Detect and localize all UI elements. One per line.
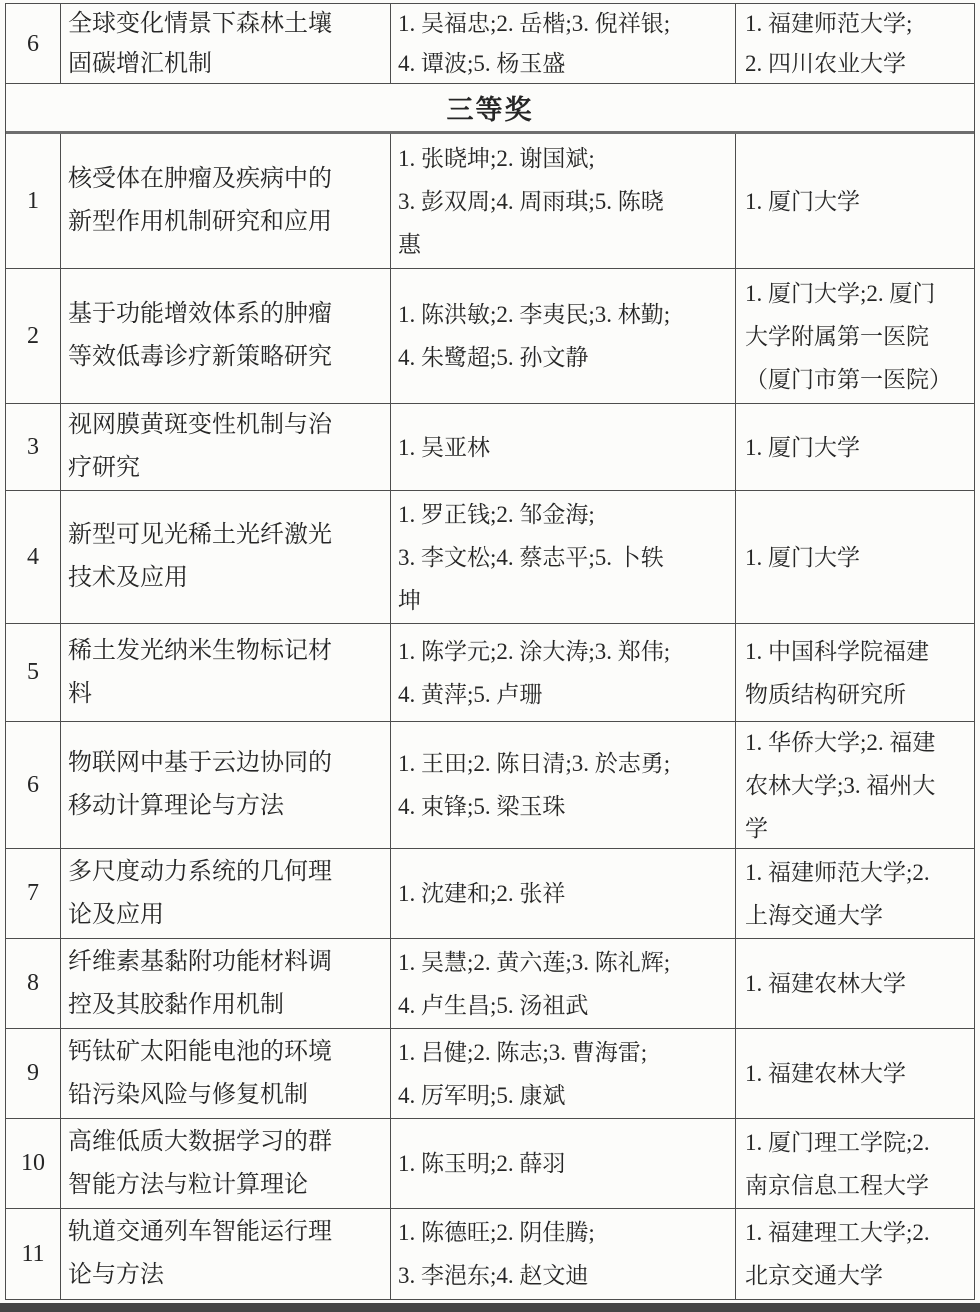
awardees-cell: 1. 罗正钱;2. 邹金海; 3. 李文松;4. 蔡志平;5. 卜轶 坤 xyxy=(391,491,736,623)
institutions-list: 1. 厦门大学 xyxy=(745,180,860,223)
institutions-list: 1. 厦门大学;2. 厦门 大学附属第一医院 （厦门市第一医院） xyxy=(745,272,952,401)
table-row: 6 物联网中基于云边协同的 移动计算理论与方法 1. 王田;2. 陈日清;3. … xyxy=(6,722,974,849)
awardees-cell: 1. 吴慧;2. 黄六莲;3. 陈礼辉; 4. 卢生昌;5. 汤祖武 xyxy=(391,939,736,1028)
institutions-list: 1. 福建师范大学;2. 上海交通大学 xyxy=(745,851,930,937)
row-number-cell: 9 xyxy=(6,1029,61,1118)
awardees-list: 1. 罗正钱;2. 邹金海; 3. 李文松;4. 蔡志平;5. 卜轶 坤 xyxy=(398,493,664,622)
row-number-cell: 2 xyxy=(6,269,61,403)
institutions-list: 1. 华侨大学;2. 福建 农林大学;3. 福州大 学 xyxy=(745,722,935,848)
project-title-cell: 纤维素基黏附功能材料调 控及其胶黏作用机制 xyxy=(61,939,391,1028)
project-title-cell: 核受体在肿瘤及疾病中的 新型作用机制研究和应用 xyxy=(61,134,391,268)
awardees-list: 1. 吴亚林 xyxy=(398,426,490,469)
awardees-list: 1. 吕健;2. 陈志;3. 曹海雷; 4. 厉军明;5. 康斌 xyxy=(398,1031,647,1117)
awardees-cell: 1. 吴亚林 xyxy=(391,404,736,490)
row-number: 4 xyxy=(27,536,39,579)
project-title: 多尺度动力系统的几何理 论及应用 xyxy=(68,851,332,937)
institutions-cell: 1. 福建农林大学 xyxy=(736,939,974,1028)
project-title-cell: 物联网中基于云边协同的 移动计算理论与方法 xyxy=(61,722,391,848)
institutions-cell: 1. 厦门大学;2. 厦门 大学附属第一医院 （厦门市第一医院） xyxy=(736,269,974,403)
awardees-cell: 1. 张晓坤;2. 谢国斌; 3. 彭双周;4. 周雨琪;5. 陈晓 惠 xyxy=(391,134,736,268)
awardees-list: 1. 王田;2. 陈日清;3. 於志勇; 4. 束锋;5. 梁玉珠 xyxy=(398,742,670,828)
awardees-cell: 1. 吴福忠;2. 岳楷;3. 倪祥银; 4. 谭波;5. 杨玉盛 xyxy=(391,4,736,83)
row-number: 11 xyxy=(21,1233,44,1276)
project-title: 视网膜黄斑变性机制与治 疗研究 xyxy=(68,404,332,490)
awards-table: 6 全球变化情景下森林土壤 固碳增汇机制 1. 吴福忠;2. 岳楷;3. 倪祥银… xyxy=(5,3,975,1300)
row-number: 7 xyxy=(27,872,39,915)
institutions-cell: 1. 中国科学院福建 物质结构研究所 xyxy=(736,624,974,721)
row-number: 10 xyxy=(21,1142,45,1185)
awardees-list: 1. 沈建和;2. 张祥 xyxy=(398,872,565,915)
project-title: 轨道交通列车智能运行理 论与方法 xyxy=(68,1211,332,1297)
row-number: 2 xyxy=(27,315,39,358)
awardees-list: 1. 吴福忠;2. 岳楷;3. 倪祥银; 4. 谭波;5. 杨玉盛 xyxy=(398,4,670,83)
project-title-cell: 多尺度动力系统的几何理 论及应用 xyxy=(61,849,391,938)
row-number: 3 xyxy=(27,426,39,469)
project-title: 纤维素基黏附功能材料调 控及其胶黏作用机制 xyxy=(68,941,332,1027)
section-header-title: 三等奖 xyxy=(447,88,534,127)
project-title-cell: 稀土发光纳米生物标记材 料 xyxy=(61,624,391,721)
table-row: 1 核受体在肿瘤及疾病中的 新型作用机制研究和应用 1. 张晓坤;2. 谢国斌;… xyxy=(6,134,974,269)
awardees-cell: 1. 陈学元;2. 涂大涛;3. 郑伟; 4. 黄萍;5. 卢珊 xyxy=(391,624,736,721)
row-number-cell: 11 xyxy=(6,1209,61,1299)
table-row: 5 稀土发光纳米生物标记材 料 1. 陈学元;2. 涂大涛;3. 郑伟; 4. … xyxy=(6,624,974,722)
awardees-list: 1. 陈洪敏;2. 李夷民;3. 林勤; 4. 朱鹭超;5. 孙文静 xyxy=(398,293,670,379)
institutions-list: 1. 福建理工大学;2. 北京交通大学 xyxy=(745,1211,930,1297)
table-row: 9 钙钛矿太阳能电池的环境 铅污染风险与修复机制 1. 吕健;2. 陈志;3. … xyxy=(6,1029,974,1119)
institutions-cell: 1. 福建师范大学; 2. 四川农业大学 xyxy=(736,4,974,83)
awardees-cell: 1. 王田;2. 陈日清;3. 於志勇; 4. 束锋;5. 梁玉珠 xyxy=(391,722,736,848)
awardees-list: 1. 陈德旺;2. 阴佳腾; 3. 李浥东;4. 赵文迪 xyxy=(398,1211,595,1297)
institutions-cell: 1. 华侨大学;2. 福建 农林大学;3. 福州大 学 xyxy=(736,722,974,848)
table-row: 11 轨道交通列车智能运行理 论与方法 1. 陈德旺;2. 阴佳腾; 3. 李浥… xyxy=(6,1209,974,1299)
row-number-cell: 4 xyxy=(6,491,61,623)
table-row: 4 新型可见光稀土光纤激光 技术及应用 1. 罗正钱;2. 邹金海; 3. 李文… xyxy=(6,491,974,624)
row-number-cell: 5 xyxy=(6,624,61,721)
institutions-list: 1. 厦门大学 xyxy=(745,426,860,469)
bottom-divider-bar xyxy=(0,1303,980,1312)
row-number-cell: 7 xyxy=(6,849,61,938)
institutions-cell: 1. 厦门大学 xyxy=(736,404,974,490)
table-row: 7 多尺度动力系统的几何理 论及应用 1. 沈建和;2. 张祥 1. 福建师范大… xyxy=(6,849,974,939)
project-title-cell: 视网膜黄斑变性机制与治 疗研究 xyxy=(61,404,391,490)
row-number: 6 xyxy=(27,24,39,64)
awardees-list: 1. 陈学元;2. 涂大涛;3. 郑伟; 4. 黄萍;5. 卢珊 xyxy=(398,630,670,716)
institutions-cell: 1. 福建农林大学 xyxy=(736,1029,974,1118)
institutions-list: 1. 厦门理工学院;2. 南京信息工程大学 xyxy=(745,1121,930,1207)
row-number-cell: 6 xyxy=(6,4,61,83)
table-row: 10 高维低质大数据学习的群 智能方法与粒计算理论 1. 陈玉明;2. 薛羽 1… xyxy=(6,1119,974,1209)
row-number: 1 xyxy=(27,180,39,223)
project-title: 钙钛矿太阳能电池的环境 铅污染风险与修复机制 xyxy=(68,1031,332,1117)
awardees-list: 1. 陈玉明;2. 薛羽 xyxy=(398,1142,565,1185)
row-number: 9 xyxy=(27,1052,39,1095)
table-row: 8 纤维素基黏附功能材料调 控及其胶黏作用机制 1. 吴慧;2. 黄六莲;3. … xyxy=(6,939,974,1029)
institutions-cell: 1. 厦门理工学院;2. 南京信息工程大学 xyxy=(736,1119,974,1208)
row-number: 5 xyxy=(27,651,39,694)
project-title-cell: 轨道交通列车智能运行理 论与方法 xyxy=(61,1209,391,1299)
awardees-cell: 1. 陈德旺;2. 阴佳腾; 3. 李浥东;4. 赵文迪 xyxy=(391,1209,736,1299)
project-title-cell: 钙钛矿太阳能电池的环境 铅污染风险与修复机制 xyxy=(61,1029,391,1118)
project-title: 高维低质大数据学习的群 智能方法与粒计算理论 xyxy=(68,1121,332,1207)
project-title-cell: 全球变化情景下森林土壤 固碳增汇机制 xyxy=(61,4,391,83)
section-header-row: 三等奖 xyxy=(6,84,974,134)
row-number-cell: 3 xyxy=(6,404,61,490)
awardees-cell: 1. 吕健;2. 陈志;3. 曹海雷; 4. 厉军明;5. 康斌 xyxy=(391,1029,736,1118)
institutions-list: 1. 福建师范大学; 2. 四川农业大学 xyxy=(745,4,912,83)
table-row: 3 视网膜黄斑变性机制与治 疗研究 1. 吴亚林 1. 厦门大学 xyxy=(6,404,974,491)
row-number-cell: 8 xyxy=(6,939,61,1028)
institutions-list: 1. 福建农林大学 xyxy=(745,962,906,1005)
project-title: 核受体在肿瘤及疾病中的 新型作用机制研究和应用 xyxy=(68,158,332,244)
project-title: 物联网中基于云边协同的 移动计算理论与方法 xyxy=(68,742,332,828)
table-row: 2 基于功能增效体系的肿瘤 等效低毒诊疗新策略研究 1. 陈洪敏;2. 李夷民;… xyxy=(6,269,974,404)
project-title-cell: 基于功能增效体系的肿瘤 等效低毒诊疗新策略研究 xyxy=(61,269,391,403)
project-title: 稀土发光纳米生物标记材 料 xyxy=(68,630,332,716)
row-number-cell: 10 xyxy=(6,1119,61,1208)
institutions-list: 1. 中国科学院福建 物质结构研究所 xyxy=(745,630,929,716)
institutions-cell: 1. 厦门大学 xyxy=(736,134,974,268)
project-title: 全球变化情景下森林土壤 固碳增汇机制 xyxy=(68,4,332,83)
awardees-cell: 1. 陈玉明;2. 薛羽 xyxy=(391,1119,736,1208)
institutions-cell: 1. 福建师范大学;2. 上海交通大学 xyxy=(736,849,974,938)
institutions-list: 1. 福建农林大学 xyxy=(745,1052,906,1095)
awardees-cell: 1. 沈建和;2. 张祥 xyxy=(391,849,736,938)
row-number: 6 xyxy=(27,764,39,807)
institutions-list: 1. 厦门大学 xyxy=(745,536,860,579)
institutions-cell: 1. 厦门大学 xyxy=(736,491,974,623)
awardees-list: 1. 张晓坤;2. 谢国斌; 3. 彭双周;4. 周雨琪;5. 陈晓 惠 xyxy=(398,137,664,266)
row-number: 8 xyxy=(27,962,39,1005)
project-title-cell: 新型可见光稀土光纤激光 技术及应用 xyxy=(61,491,391,623)
institutions-cell: 1. 福建理工大学;2. 北京交通大学 xyxy=(736,1209,974,1299)
row-number-cell: 1 xyxy=(6,134,61,268)
awardees-list: 1. 吴慧;2. 黄六莲;3. 陈礼辉; 4. 卢生昌;5. 汤祖武 xyxy=(398,941,670,1027)
awardees-cell: 1. 陈洪敏;2. 李夷民;3. 林勤; 4. 朱鹭超;5. 孙文静 xyxy=(391,269,736,403)
row-number-cell: 6 xyxy=(6,722,61,848)
project-title: 新型可见光稀土光纤激光 技术及应用 xyxy=(68,514,332,600)
table-row: 6 全球变化情景下森林土壤 固碳增汇机制 1. 吴福忠;2. 岳楷;3. 倪祥银… xyxy=(6,4,974,84)
project-title-cell: 高维低质大数据学习的群 智能方法与粒计算理论 xyxy=(61,1119,391,1208)
project-title: 基于功能增效体系的肿瘤 等效低毒诊疗新策略研究 xyxy=(68,293,332,379)
